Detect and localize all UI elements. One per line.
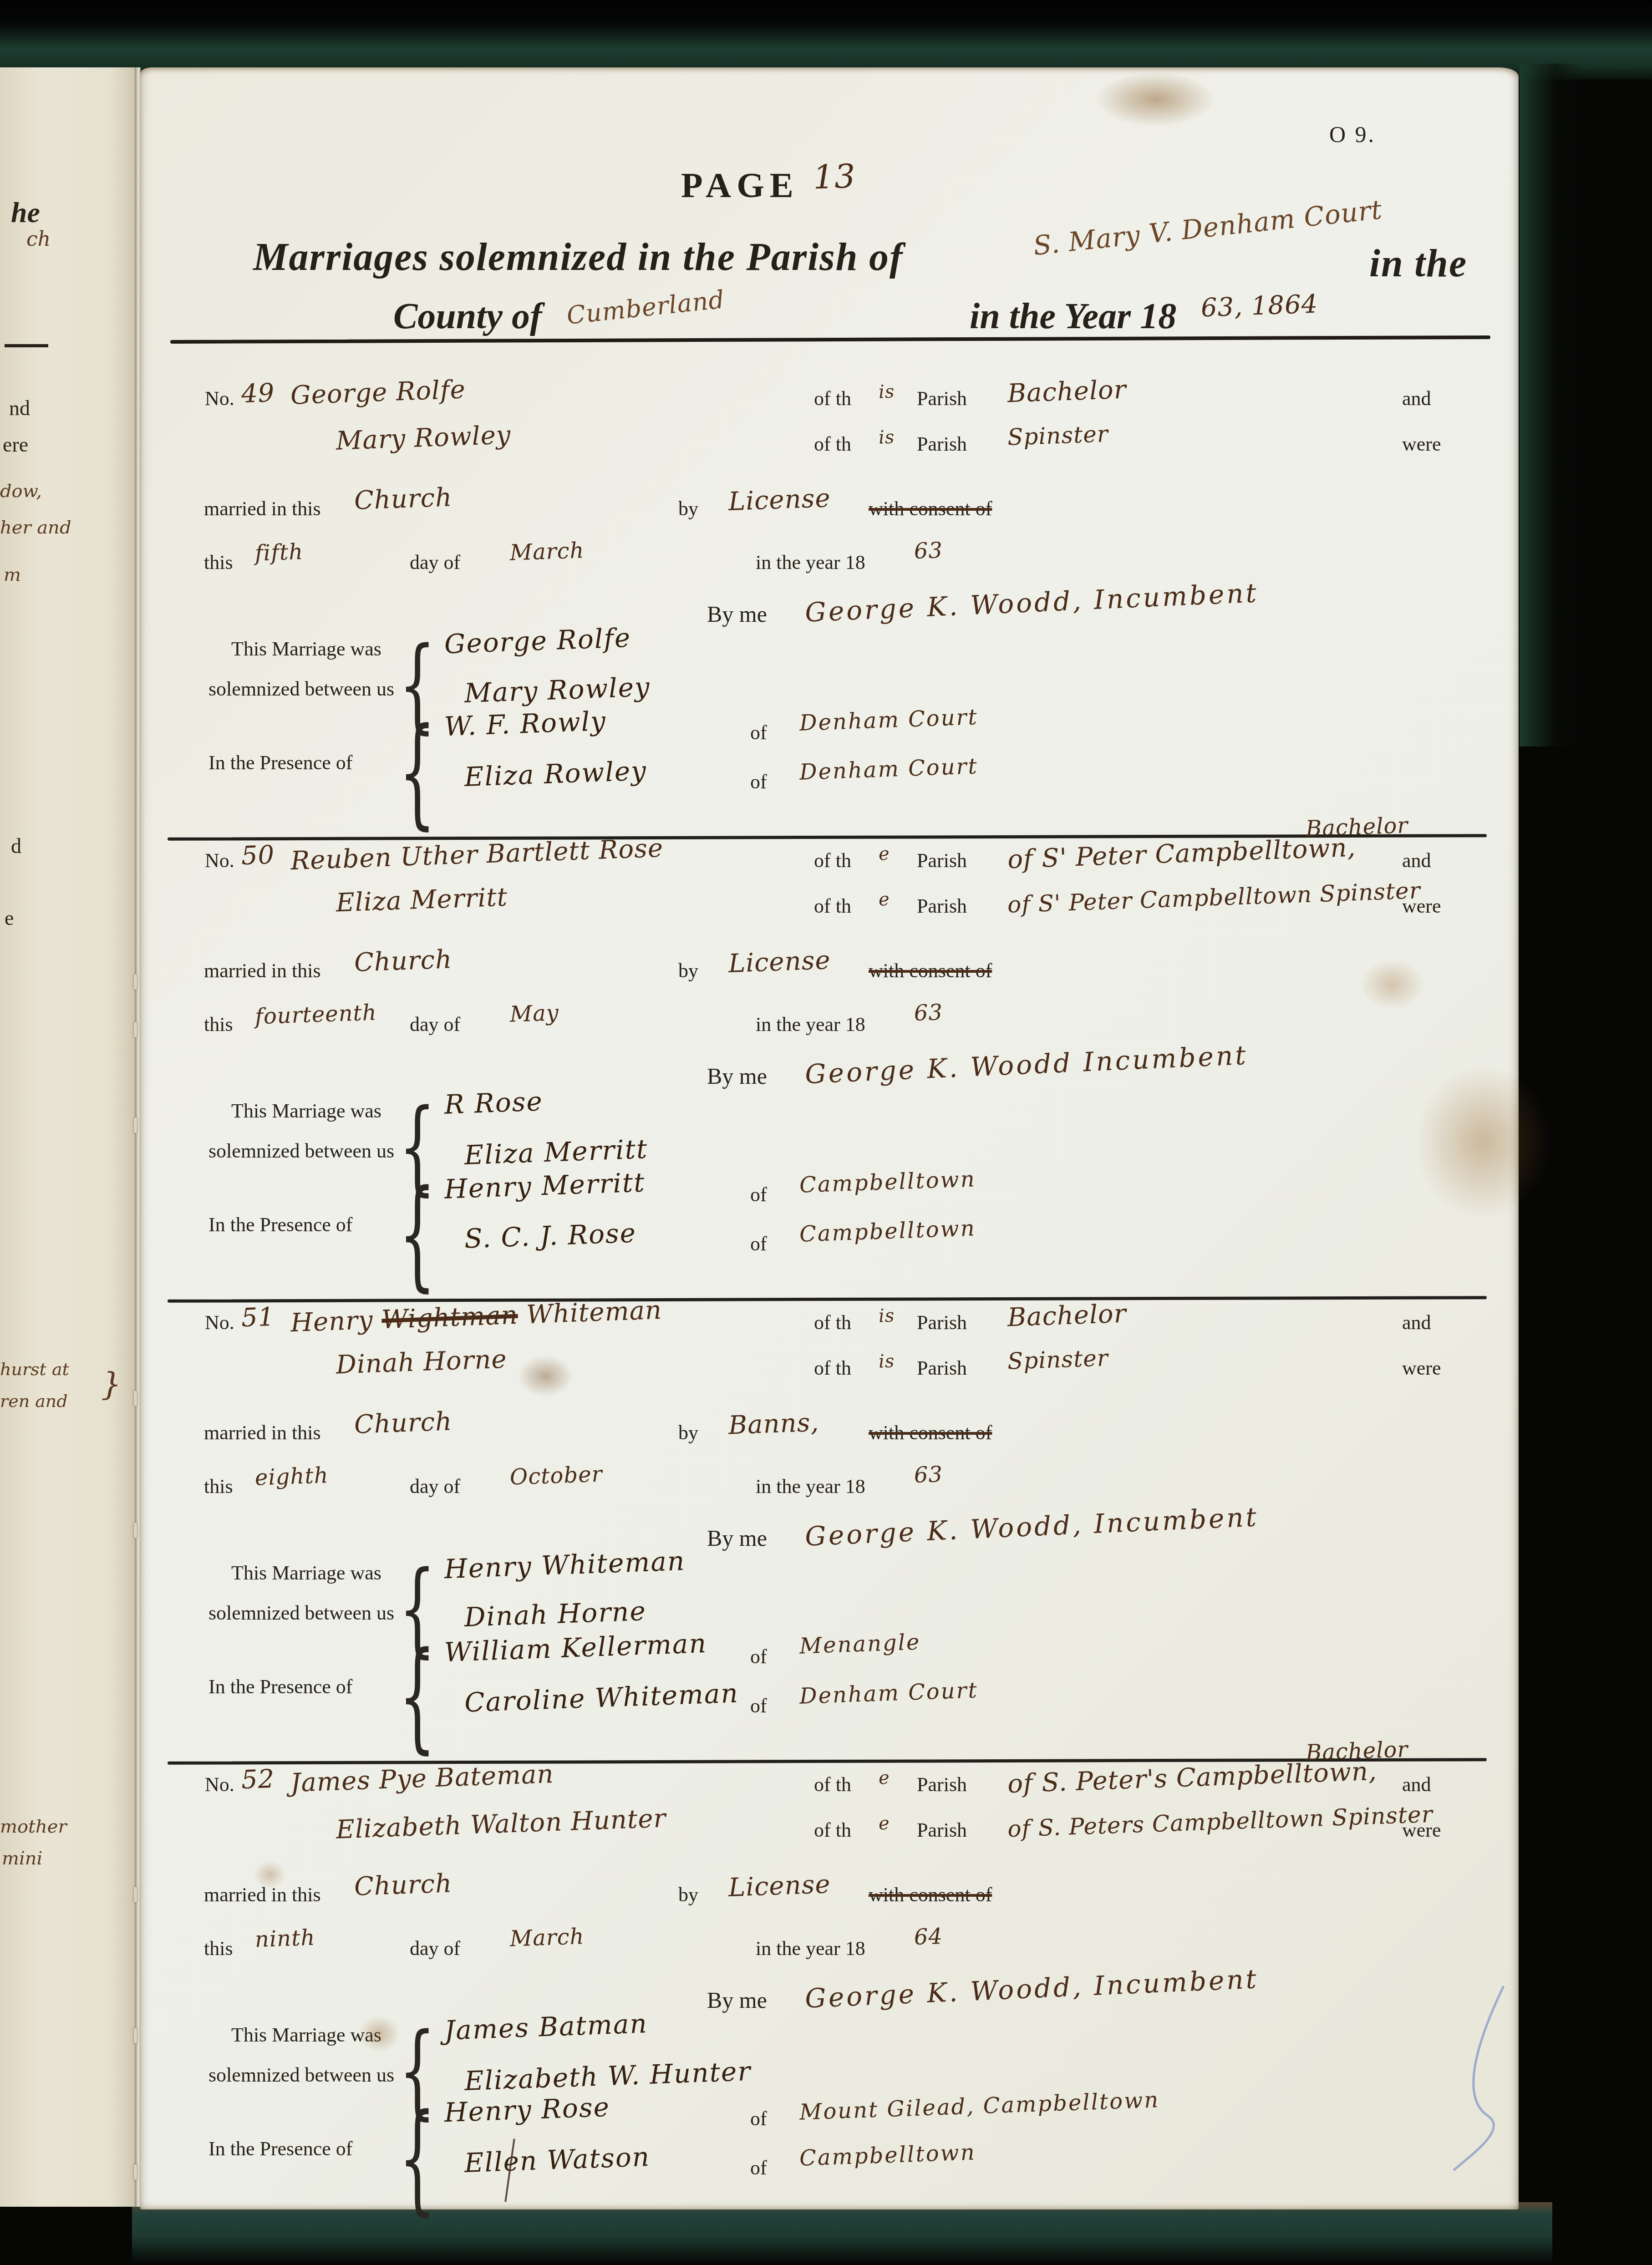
entry-number: 50 xyxy=(241,840,275,871)
marriage-entry: No. 51 Henry Wightman Whiteman of th is … xyxy=(140,1305,1519,1767)
solemnized-label: solemnized between us xyxy=(208,677,394,701)
binding-stitch xyxy=(134,2164,137,2180)
binding-stitch xyxy=(134,1391,137,1406)
of-label: of xyxy=(750,2156,767,2179)
marriage-was-label: This Marriage was xyxy=(231,1099,381,1122)
dayof-label: day of xyxy=(410,551,460,574)
presence-label: In the Presence of xyxy=(208,2137,352,2160)
this-label: this xyxy=(204,1013,233,1036)
witness-name-2: Eliza Rowley xyxy=(464,755,647,792)
parish-label: Parish xyxy=(917,1773,967,1796)
byme-label: By me xyxy=(707,1525,767,1551)
bride-name: Elizabeth Walton Hunter xyxy=(335,1803,666,1844)
facing-page-fragment xyxy=(5,344,48,347)
marriage-entry: No. 49 George Rolfe of th is Parish Bach… xyxy=(140,381,1519,843)
couple-signature-1: Henry Whiteman xyxy=(444,1545,686,1584)
folio-mark: O 9. xyxy=(1329,121,1376,147)
register-page: O 9. PAGE 13 Marriages solemnized in the… xyxy=(140,67,1519,2209)
by-label: by xyxy=(678,1883,698,1906)
facing-page-fragment: d xyxy=(11,834,21,858)
parish-fill: is xyxy=(878,427,895,448)
by-label: by xyxy=(678,497,698,520)
county-value: Cumberland xyxy=(565,285,726,330)
of-label: of xyxy=(750,721,767,744)
dayof-label: day of xyxy=(410,1937,460,1960)
this-label: this xyxy=(204,1475,233,1498)
blue-ink-mark xyxy=(1397,1979,1533,2189)
of-th-label: of th xyxy=(814,1818,851,1842)
facing-page-strip: hechnderedow,her andmdehurst atren and}m… xyxy=(0,67,140,2207)
officiant-signature: George K. Woodd Incumbent xyxy=(804,1040,1249,1090)
byme-label: By me xyxy=(707,601,767,627)
day-value: eighth xyxy=(254,1463,329,1491)
witness-place-2: Denham Court xyxy=(799,1677,979,1709)
parish-label: Parish xyxy=(917,1818,967,1842)
by-label: by xyxy=(678,959,698,982)
of-label: of xyxy=(750,1232,767,1255)
facing-page-fragment: nd xyxy=(9,396,30,420)
church-value: Church xyxy=(354,1869,452,1901)
witness-name-2: S. C. J. Rose xyxy=(464,1217,637,1254)
bride-name: Dinah Horne xyxy=(335,1344,508,1380)
facing-page-fragment: her and xyxy=(0,517,71,538)
parish-fill: is xyxy=(878,1351,895,1372)
parish-name-handwritten: S. Mary V. Denham Court xyxy=(1032,194,1384,261)
witness-place-1: Menangle xyxy=(799,1629,921,1659)
witness-place-2: Campbelltown xyxy=(799,2139,976,2171)
of-label: of xyxy=(750,1694,767,1717)
witness-name-1: W. F. Rowly xyxy=(444,706,607,742)
solemnized-label: solemnized between us xyxy=(208,1139,394,1163)
year-label: in the year 18 xyxy=(756,551,865,574)
solemnized-label: solemnized between us xyxy=(208,1601,394,1625)
bride-name: Mary Rowley xyxy=(335,420,511,456)
witness-brace: { xyxy=(399,1165,436,1304)
married-label: married in this xyxy=(204,497,321,520)
witness-name-1: William Kellerman xyxy=(444,1628,707,1668)
facing-page-fragment: dow, xyxy=(0,481,42,502)
of-th-label: of th xyxy=(814,387,851,410)
method-value: License xyxy=(728,1869,831,1903)
parish-label: Parish xyxy=(917,1311,967,1334)
marriage-entry: No. 52 James Pye Bateman of th e Parish … xyxy=(140,1767,1519,2229)
married-label: married in this xyxy=(204,1421,321,1444)
no-label: No. xyxy=(205,1311,234,1334)
year-value: 63 xyxy=(914,538,943,564)
no-label: No. xyxy=(205,387,234,410)
were-label: were xyxy=(1402,894,1441,918)
year-value: 63 xyxy=(914,1000,943,1026)
method-value: Banns, xyxy=(728,1408,819,1441)
church-value: Church xyxy=(354,482,452,515)
married-label: married in this xyxy=(204,1883,321,1906)
presence-label: In the Presence of xyxy=(208,751,352,774)
facing-page-fragment: mother xyxy=(0,1816,67,1837)
couple-signature-2: Elizabeth W. Hunter xyxy=(464,2056,752,2097)
facing-page-fragment: ch xyxy=(26,228,51,251)
dayof-label: day of xyxy=(410,1013,460,1036)
officiant-signature: George K. Woodd, Incumbent xyxy=(804,1963,1259,2014)
facing-page-fragment: hurst at xyxy=(0,1359,69,1379)
day-value: ninth xyxy=(254,1925,315,1953)
couple-signature-1: James Batman xyxy=(444,2008,648,2046)
by-label: by xyxy=(678,1421,698,1444)
witness-name-1: Henry Merritt xyxy=(444,1167,646,1204)
byme-label: By me xyxy=(707,1063,767,1089)
title-tail: in the xyxy=(1369,240,1467,286)
year-label: in the year 18 xyxy=(756,1475,865,1498)
facing-page-fragment: m xyxy=(4,564,21,585)
witness-place-2: Denham Court xyxy=(799,753,979,785)
marriage-was-label: This Marriage was xyxy=(231,637,381,660)
consent-struck: with consent of xyxy=(869,497,992,520)
parish-label: Parish xyxy=(917,1356,967,1380)
of-th-label: of th xyxy=(814,1311,851,1334)
parish-label: Parish xyxy=(917,432,967,456)
no-label: No. xyxy=(205,1773,234,1796)
parish-fill: e xyxy=(878,843,890,865)
officiant-signature: George K. Woodd, Incumbent xyxy=(804,577,1259,628)
entry-number: 51 xyxy=(241,1302,275,1333)
binding-stitch xyxy=(134,974,137,990)
presence-label: In the Presence of xyxy=(208,1213,352,1236)
groom-name: George Rolfe xyxy=(290,375,466,410)
witness-place-1: Denham Court xyxy=(799,704,979,736)
witness-brace: { xyxy=(399,2089,436,2228)
parish-label: Parish xyxy=(917,387,967,410)
and-label: and xyxy=(1402,1773,1431,1796)
couple-signature-2: Eliza Merritt xyxy=(464,1133,648,1171)
were-label: were xyxy=(1402,432,1441,456)
parish-label: Parish xyxy=(917,849,967,872)
of-label: of xyxy=(750,1183,767,1206)
month-value: March xyxy=(509,1924,585,1952)
church-value: Church xyxy=(354,1407,452,1439)
facing-page-fragment: ren and xyxy=(0,1391,68,1411)
year-label: in the year 18 xyxy=(756,1013,865,1036)
couple-signature-1: George Rolfe xyxy=(444,622,631,660)
witness-place-1: Campbelltown xyxy=(799,1166,976,1198)
bride-name: Eliza Merritt xyxy=(335,882,508,918)
day-value: fifth xyxy=(254,539,304,566)
facing-page-fragment: mini xyxy=(2,1848,42,1869)
bride-parish: of S' Peter Campbelltown Spinster xyxy=(1007,877,1421,918)
year-value: 63, 1864 xyxy=(1200,289,1318,323)
witness-name-1: Henry Rose xyxy=(444,2092,610,2128)
marriage-entry: No. 50 Reuben Uther Bartlett Rose of th … xyxy=(140,843,1519,1305)
byme-label: By me xyxy=(707,1987,767,2013)
couple-signature-2: Mary Rowley xyxy=(464,671,651,709)
no-label: No. xyxy=(205,849,234,872)
title-printed: Marriages solemnized in the Parish of xyxy=(253,234,904,279)
consent-struck: with consent of xyxy=(869,1421,992,1444)
marriage-was-label: This Marriage was xyxy=(231,1561,381,1584)
groom-status-above: Bachelor xyxy=(1305,813,1408,842)
page-label: PAGE xyxy=(681,165,799,206)
were-label: were xyxy=(1402,1818,1441,1842)
bride-parish: of S. Peters Campbelltown Spinster xyxy=(1007,1801,1433,1843)
groom-parish: Bachelor xyxy=(1007,1299,1127,1332)
parish-fill: is xyxy=(878,1305,895,1326)
binding-stitch xyxy=(134,1523,137,1538)
of-th-label: of th xyxy=(814,849,851,872)
book-cover-right-edge xyxy=(1520,64,1583,747)
binding-stitch xyxy=(134,1022,137,1037)
month-value: March xyxy=(509,538,585,566)
parish-fill: e xyxy=(878,1767,890,1789)
binding-stitch xyxy=(134,1117,137,1133)
bride-parish: Spinster xyxy=(1007,1345,1109,1375)
county-label: County of xyxy=(393,296,542,337)
of-th-label: of th xyxy=(814,894,851,918)
groom-parish: Bachelor xyxy=(1007,375,1127,408)
witness-name-2: Caroline Whiteman xyxy=(464,1678,739,1718)
year-value: 64 xyxy=(914,1924,943,1950)
parish-fill: e xyxy=(878,889,890,910)
marriage-was-label: This Marriage was xyxy=(231,2023,381,2047)
married-label: married in this xyxy=(204,959,321,982)
of-label: of xyxy=(750,2107,767,2130)
and-label: and xyxy=(1402,849,1431,872)
month-value: October xyxy=(509,1461,603,1490)
method-value: License xyxy=(728,945,831,979)
this-label: this xyxy=(204,551,233,574)
header-rule xyxy=(170,335,1490,344)
year-label: in the Year 18 xyxy=(970,296,1176,337)
facing-page-fragment: } xyxy=(101,1366,122,1403)
year-value: 63 xyxy=(914,1462,943,1488)
witness-brace: { xyxy=(399,703,436,842)
consent-struck: with consent of xyxy=(869,1883,992,1906)
solemnized-label: solemnized between us xyxy=(208,2063,394,2087)
bride-parish: Spinster xyxy=(1007,421,1109,451)
parish-fill: e xyxy=(878,1813,890,1834)
entry-number: 52 xyxy=(241,1764,275,1795)
facing-page-fragment: e xyxy=(5,906,14,930)
binding-stitch xyxy=(134,2028,137,2043)
parish-fill: is xyxy=(878,381,895,402)
officiant-signature: George K. Woodd, Incumbent xyxy=(804,1501,1259,1552)
witness-brace: { xyxy=(399,1627,436,1766)
of-label: of xyxy=(750,1645,767,1668)
presence-label: In the Presence of xyxy=(208,1675,352,1698)
year-label: in the year 18 xyxy=(756,1937,865,1960)
church-value: Church xyxy=(354,945,452,977)
of-label: of xyxy=(750,770,767,793)
binding-stitch xyxy=(134,1887,137,1902)
entry-number: 49 xyxy=(241,378,275,409)
couple-signature-2: Dinah Horne xyxy=(464,1595,647,1633)
consent-struck: with consent of xyxy=(869,959,992,982)
witness-name-2: Ellen Watson xyxy=(464,2141,651,2179)
entry-separator xyxy=(168,1296,1487,1303)
couple-signature-1: R Rose xyxy=(444,1086,544,1120)
witness-place-2: Campbelltown xyxy=(799,1215,976,1247)
facing-page-fragment: he xyxy=(11,196,40,229)
page-number: 13 xyxy=(813,157,856,196)
facing-page-fragment: ere xyxy=(3,432,28,457)
struck-name: Wightman xyxy=(381,1300,518,1335)
this-label: this xyxy=(204,1937,233,1960)
of-th-label: of th xyxy=(814,1773,851,1796)
were-label: were xyxy=(1402,1356,1441,1380)
month-value: May xyxy=(509,1000,559,1027)
day-value: fourteenth xyxy=(254,1000,377,1029)
groom-status-above: Bachelor xyxy=(1305,1737,1408,1766)
and-label: and xyxy=(1402,1311,1431,1334)
register-scan: hechnderedow,her andmdehurst atren and}m… xyxy=(0,0,1652,2265)
method-value: License xyxy=(728,483,831,517)
dayof-label: day of xyxy=(410,1475,460,1498)
of-th-label: of th xyxy=(814,1356,851,1380)
stain xyxy=(1096,72,1215,127)
parish-label: Parish xyxy=(917,894,967,918)
witness-place-1: Mount Gilead, Campbelltown xyxy=(799,2087,1160,2125)
and-label: and xyxy=(1402,387,1431,410)
of-th-label: of th xyxy=(814,432,851,456)
